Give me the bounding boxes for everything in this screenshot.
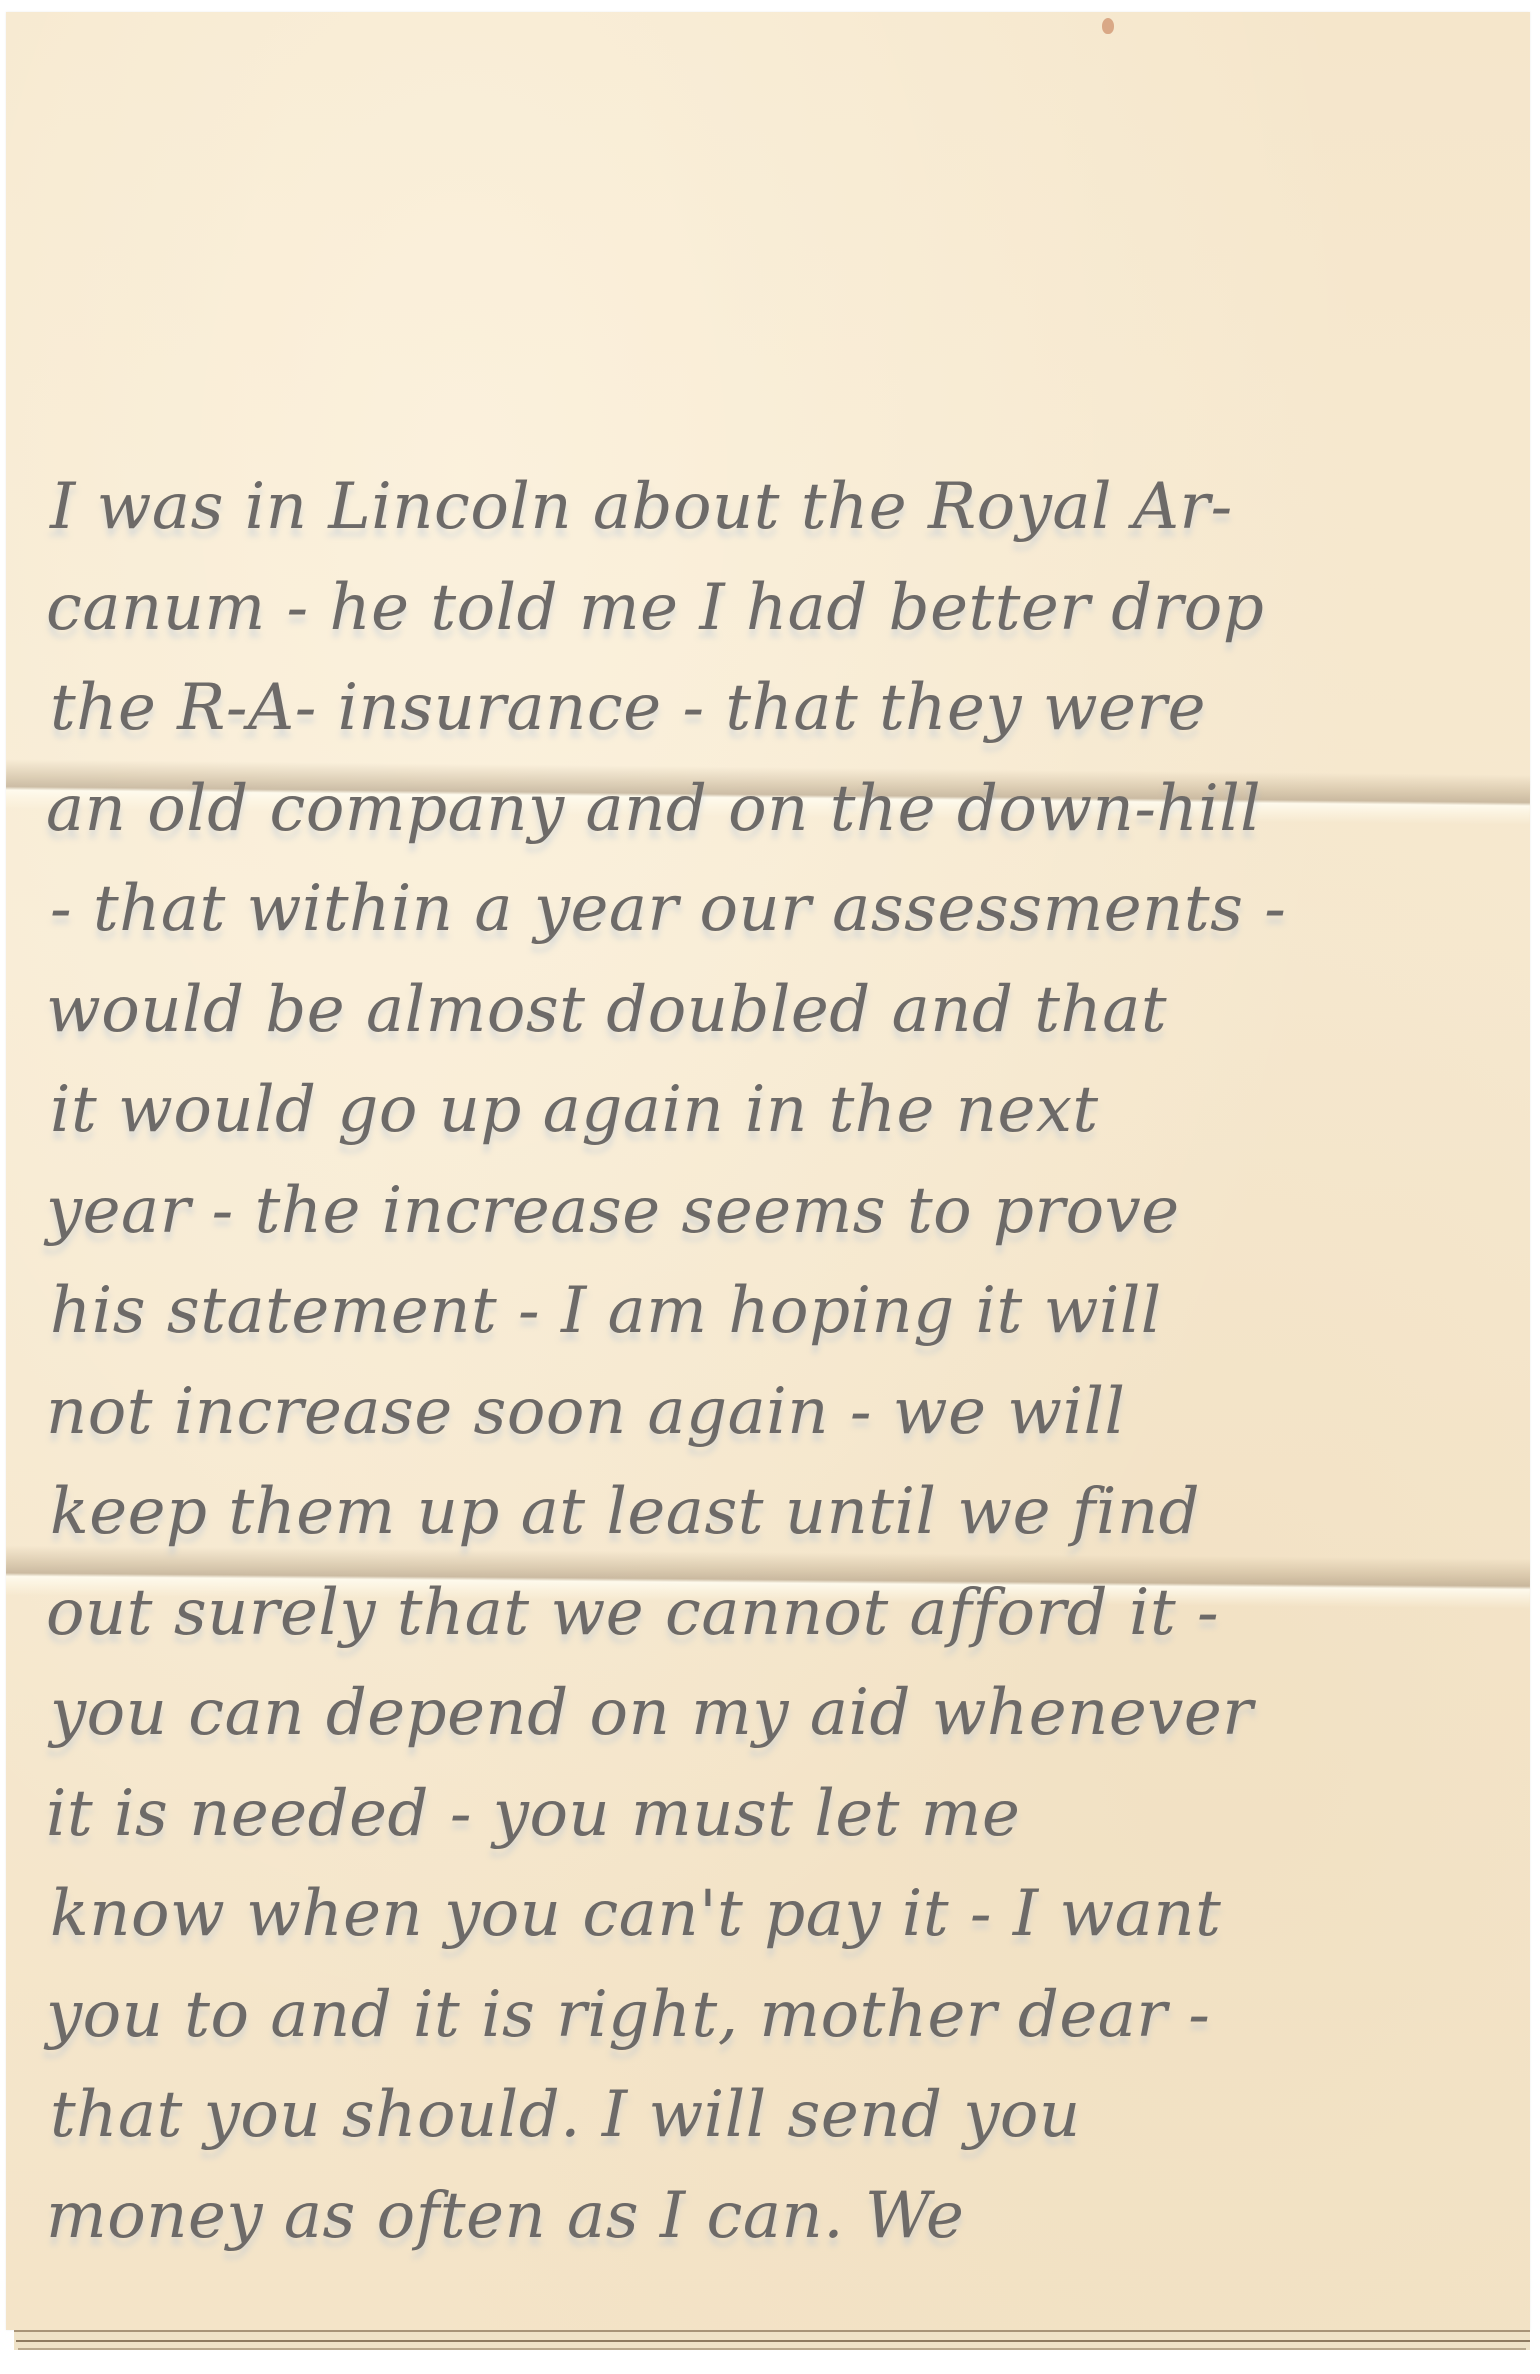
letter-line: you to and it is right, mother dear - (46, 1965, 1506, 2066)
letter-line: not increase soon again - we will (46, 1362, 1506, 1463)
letter-line: it is needed - you must let me (46, 1764, 1506, 1865)
letter-line: I was in Lincoln about the Royal Ar- (46, 457, 1506, 558)
page-edge (18, 2348, 1526, 2350)
letter-body: I was in Lincoln about the Royal Ar- can… (46, 457, 1506, 2266)
letter-line: out surely that we cannot afford it - (46, 1563, 1506, 1664)
letter-page: I was in Lincoln about the Royal Ar- can… (6, 12, 1530, 2330)
letter-line: keep them up at least until we find (46, 1462, 1506, 1563)
letter-line: - that within a year our assessments - (46, 859, 1506, 960)
letter-line: that you should. I will send you (46, 2065, 1506, 2166)
letter-line: year - the increase seems to prove (46, 1161, 1506, 1262)
letter-line: an old company and on the down-hill (46, 759, 1506, 860)
page-edge (14, 2330, 1530, 2332)
page-edge (16, 2340, 1530, 2342)
paper-stain (1102, 18, 1114, 34)
letter-line: it would go up again in the next (46, 1060, 1506, 1161)
letter-line: his statement - I am hoping it will (46, 1261, 1506, 1362)
letter-line: money as often as I can. We (46, 2166, 1506, 2267)
letter-line: know when you can't pay it - I want (46, 1864, 1506, 1965)
letter-line: you can depend on my aid whenever (46, 1663, 1506, 1764)
letter-line: would be almost doubled and that (46, 960, 1506, 1061)
letter-line: the R-A- insurance - that they were (46, 658, 1506, 759)
letter-line: canum - he told me I had better drop (46, 558, 1506, 659)
